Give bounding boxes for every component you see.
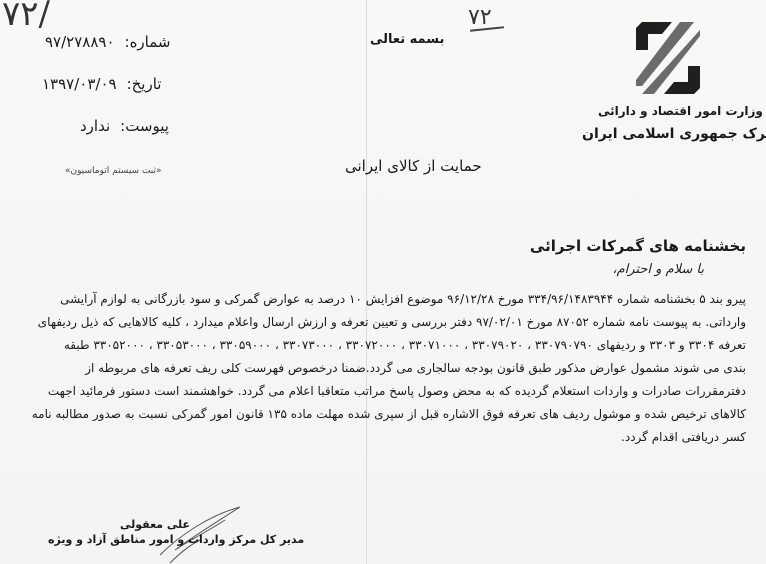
number-label: شماره: xyxy=(125,33,171,51)
attachment-label: پیوست: xyxy=(120,117,169,135)
attachment-value: ندارد xyxy=(80,117,110,135)
customs-logo-icon xyxy=(632,20,704,96)
date-label: تاریخ: xyxy=(127,75,162,93)
letter-body: پیرو بند ۵ بخشنامه شماره ۳۳۴/۹۶/۱۴۸۳۹۴۴ … xyxy=(10,288,746,449)
letter-attachment: پیوست: ندارد xyxy=(80,117,169,135)
letter-date: تاریخ: ۱۳۹۷/۰۳/۰۹ xyxy=(42,75,161,93)
letter-number: شماره: ۹۷/۲۷۸۸۹۰ xyxy=(45,33,170,51)
handwritten-number-left: ۷۲/ xyxy=(2,0,50,34)
signer-title: مدیر کل مرکز واردات و امور مناطق آزاد و … xyxy=(48,533,304,546)
ministry-name: وزارت امور اقتصاد و دارائی xyxy=(598,104,763,118)
greeting: با سلام و احترام، xyxy=(612,262,704,277)
body-line: کالاهای ترخیص شده و موشول ردیف های تعرفه… xyxy=(10,403,746,426)
body-line: پیرو بند ۵ بخشنامه شماره ۳۳۴/۹۶/۱۴۸۳۹۴۴ … xyxy=(10,288,746,311)
recipient-heading: بخشنامه های گمرکات اجرائی xyxy=(530,237,746,255)
body-line: کسر دریافتی اقدام گردد. xyxy=(10,426,746,449)
organization-name: گمرک جمهوری اسلامی ایران xyxy=(582,126,766,142)
signer-name: علی معقولی xyxy=(120,518,190,531)
automation-note: «ثبت سیستم اتوماسیون» xyxy=(65,166,162,176)
slogan: حمایت از کالای ایرانی xyxy=(345,157,482,175)
number-value: ۹۷/۲۷۸۸۹۰ xyxy=(45,33,115,51)
scan-fold-line xyxy=(366,0,367,564)
body-line: بندی می شوند مشمول عوارض مذکور طبق قانون… xyxy=(10,357,746,380)
letter-page: ۷۲/ ۷۲ بسمه تعالی شماره: ۹۷/۲۷۸۸۹۰ تاریخ… xyxy=(0,0,766,564)
bismillah-heading: بسمه تعالی xyxy=(370,32,444,47)
date-value: ۱۳۹۷/۰۳/۰۹ xyxy=(42,75,117,93)
body-line: وارداتی. به پیوست نامه شماره ۸۷۰۵۲ مورخ … xyxy=(10,311,746,334)
handwritten-number-center: ۷۲ xyxy=(468,5,492,30)
body-line: دفترمقررات صادرات و واردات استعلام گردید… xyxy=(10,380,746,403)
body-line: تعرفه ۳۳۰۴ و ۳۳۰۳ و ردیفهای ۳۳۰۷۹۰۷۹۰ ، … xyxy=(10,334,746,357)
